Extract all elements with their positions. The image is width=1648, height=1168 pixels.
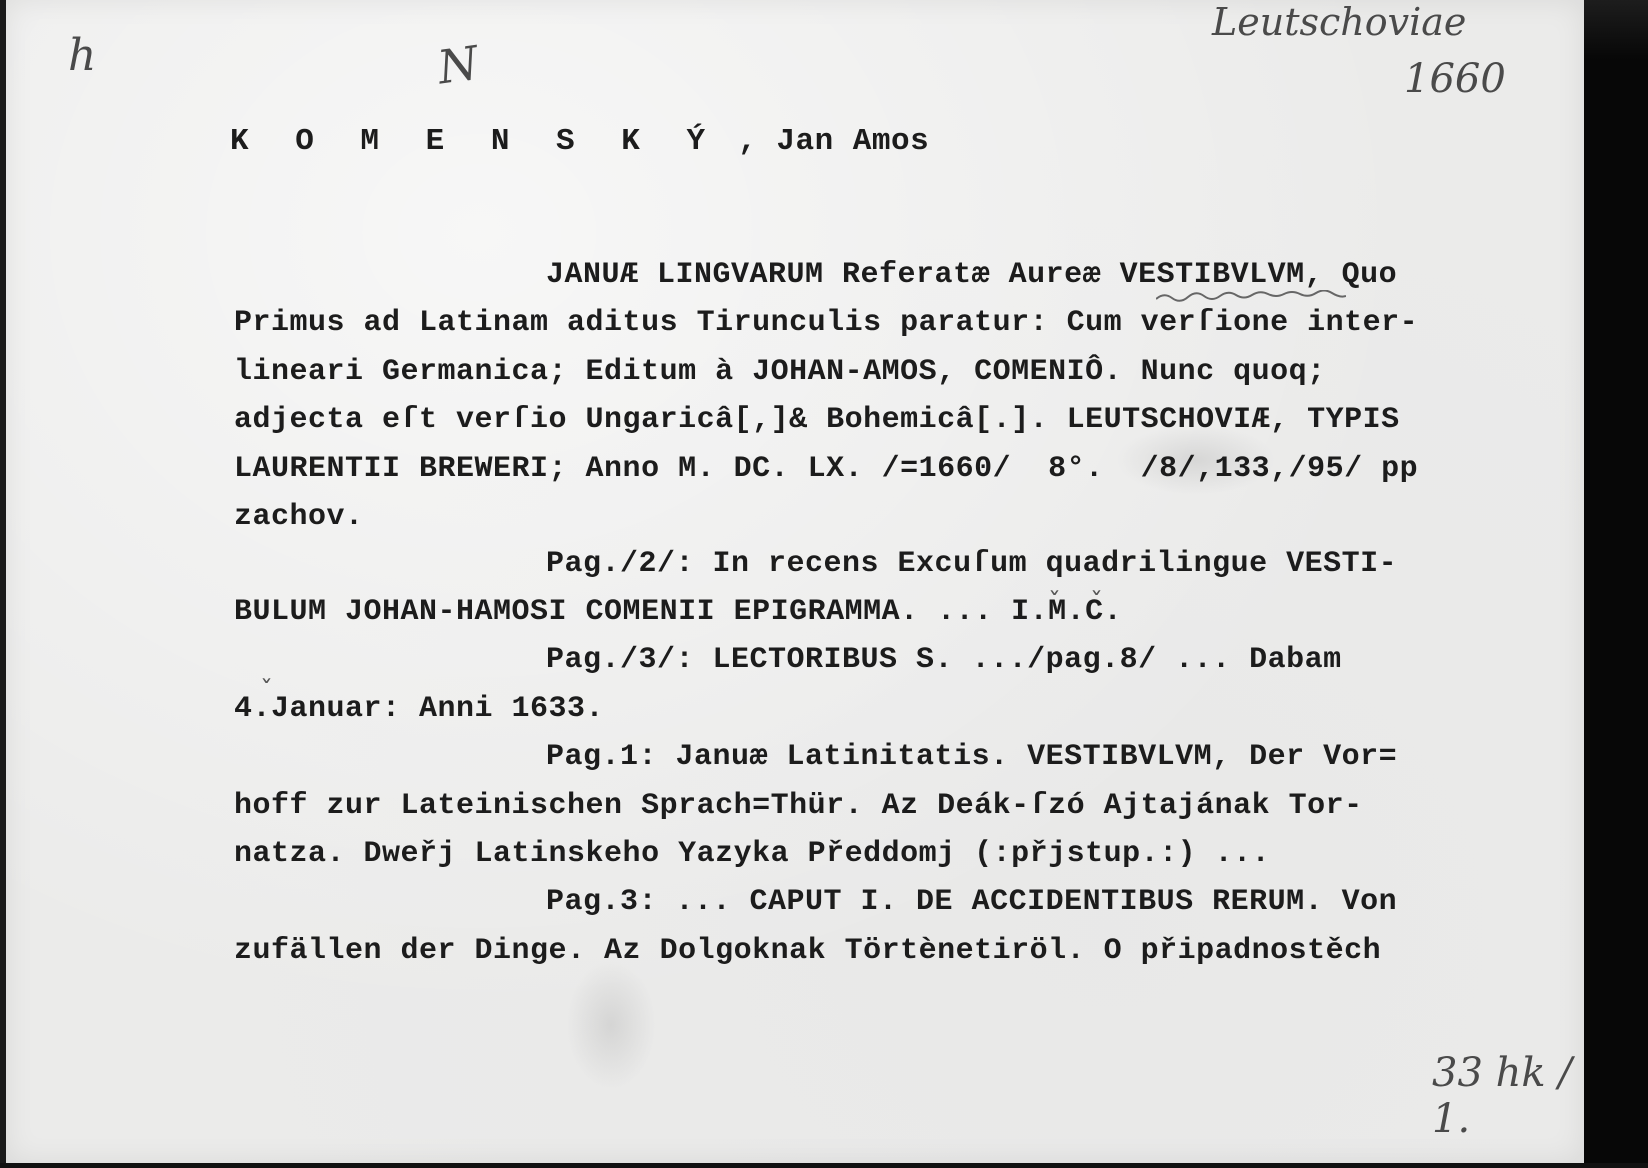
note-line: Pag.3: ... CAPUT I. DE ACCIDENTIBUS RERU… [546,885,1397,919]
author-heading: K O M E N S K Ý , Jan Amos [230,124,929,159]
handwritten-mark-top-left: h [68,30,96,81]
note-line: Pag./3/: LECTORIBUS S. .../pag.8/ ... Da… [546,643,1342,677]
note-line: 4.Januar: Anni 1633. [234,692,604,726]
author-separator: , [719,124,776,159]
check-mark-icon: ˇ [260,676,273,706]
handwritten-year-note: 1660 [1404,56,1506,102]
title-line: Primus ad Latinam aditus Tirunculis para… [234,306,1418,340]
imprint-line: zachov. [234,500,364,534]
scan-right-border [1584,0,1648,1168]
note-line: natza. Dweřj Latinskeho Yazyka Předdomj … [234,837,1270,871]
paper-stain [566,960,656,1090]
note-line: BULUM JOHAN-HAMOSI COMENII EPIGRAMMA. ..… [234,595,1122,629]
title-line: adjecta eſt verſio Ungaricâ[,]& Bohemicâ… [234,403,1400,437]
author-given-names: Jan Amos [776,124,929,159]
note-line: zufällen der Dinge. Az Dolgoknak Törtène… [234,934,1381,968]
catalog-card: h N Leutschoviae 1660 K O M E N S K Ý , … [6,0,1587,1163]
scan-bottom-border [0,1163,1648,1168]
wavy-underline-mark [1156,290,1346,302]
handwritten-mark-top-middle: N [434,35,481,94]
note-line: hoff zur Lateinischen Sprach=Thür. Az De… [234,789,1363,823]
handwritten-place-note: Leutschoviae [1212,0,1466,44]
note-line: Pag.1: Januæ Latinitatis. VESTIBVLVM, De… [546,740,1397,774]
check-mark-icon: ˇ [1090,588,1103,618]
author-surname: K O M E N S K Ý [230,124,719,159]
check-mark-icon: ˇ [1048,588,1061,618]
imprint-line: LAURENTII BREWERI; Anno M. DC. LX. /=166… [234,452,1418,486]
title-line: lineari Germanica; Editum à JOHAN-AMOS, … [234,355,1326,389]
handwritten-shelf-mark: 33 hk / 1. [1432,1050,1584,1142]
note-line: Pag./2/: In recens Excuſum quadrilingue … [546,547,1397,581]
title-line: JANUÆ LINGVARUM Referatæ Aureæ VESTIBVLV… [546,258,1397,292]
catalog-card-scan: h N Leutschoviae 1660 K O M E N S K Ý , … [0,0,1648,1168]
